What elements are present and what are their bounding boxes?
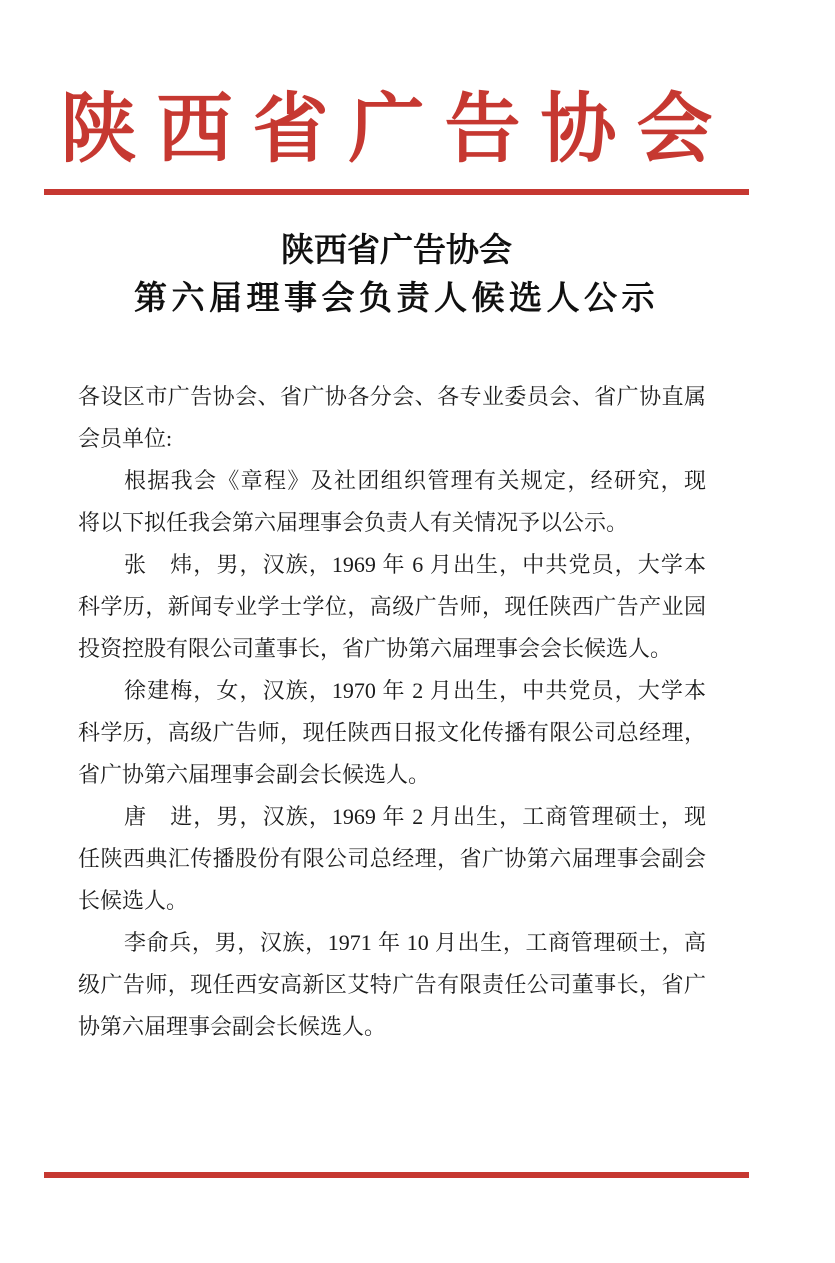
paragraph-candidate-xujianmei: 徐建梅，女，汉族，1970 年 2 月出生，中共党员，大学本 科学历，高级广告师… (78, 670, 706, 796)
paragraph-line: 徐建梅，女，汉族，1970 年 2 月出生，中共党员，大学本 (78, 670, 706, 712)
paragraph-line: 投资控股有限公司董事长，省广协第六届理事会会长候选人。 (78, 628, 706, 670)
document-title-line2: 第六届理事会负责人候选人公示 (44, 275, 749, 323)
letterhead-org-name: 陕西省广告协会 (44, 90, 749, 170)
paragraph-intro: 根据我会《章程》及社团组织管理有关规定，经研究，现 将以下拟任我会第六届理事会负… (78, 460, 706, 544)
letterhead-double-rule (44, 189, 749, 195)
paragraph-line: 任陕西典汇传播股份有限公司总经理，省广协第六届理事会副会 (78, 838, 706, 880)
paragraph-candidate-tangjin: 唐 进，男，汉族，1969 年 2 月出生，工商管理硕士，现 任陕西典汇传播股份… (78, 796, 706, 922)
paragraph-line: 科学历，新闻专业学士学位，高级广告师，现任陕西广告产业园 (78, 586, 706, 628)
paragraph-line: 级广告师，现任西安高新区艾特广告有限责任公司董事长，省广 (78, 964, 706, 1006)
paragraph-line: 根据我会《章程》及社团组织管理有关规定，经研究，现 (78, 460, 706, 502)
paragraph-line: 各设区市广告协会、省广协各分会、各专业委员会、省广协直属 (78, 376, 706, 418)
letterhead: 陕西省广告协会 (44, 0, 749, 195)
document-body: 各设区市广告协会、省广协各分会、各专业委员会、省广协直属 会员单位: 根据我会《… (78, 376, 706, 1048)
page-content: 陕西省广告协会 陕西省广告协会 第六届理事会负责人候选人公示 各设区市广告协会、… (44, 0, 749, 1048)
paragraph-line: 唐 进，男，汉族，1969 年 2 月出生，工商管理硕士，现 (78, 796, 706, 838)
paragraph-line: 李俞兵，男，汉族，1971 年 10 月出生，工商管理硕士，高 (78, 922, 706, 964)
paragraph-line: 长候选人。 (78, 880, 706, 922)
paragraph-line: 张 炜，男，汉族，1969 年 6 月出生，中共党员，大学本 (78, 544, 706, 586)
document-title-line1: 陕西省广告协会 (44, 227, 749, 275)
paragraph-line: 协第六届理事会副会长候选人。 (78, 1006, 706, 1048)
paragraph-candidate-zhangwei: 张 炜，男，汉族，1969 年 6 月出生，中共党员，大学本 科学历，新闻专业学… (78, 544, 706, 670)
paragraph-line: 将以下拟任我会第六届理事会负责人有关情况予以公示。 (78, 502, 706, 544)
document-title: 陕西省广告协会 第六届理事会负责人候选人公示 (44, 227, 749, 323)
paragraph-line: 科学历，高级广告师，现任陕西日报文化传播有限公司总经理， (78, 712, 706, 754)
paragraph-candidate-liyubing: 李俞兵，男，汉族，1971 年 10 月出生，工商管理硕士，高 级广告师，现任西… (78, 922, 706, 1048)
footer-double-rule (44, 1172, 749, 1178)
document-page: 陕西省广告协会 陕西省广告协会 第六届理事会负责人候选人公示 各设区市广告协会、… (0, 0, 835, 1263)
paragraph-salutation: 各设区市广告协会、省广协各分会、各专业委员会、省广协直属 会员单位: (78, 376, 706, 460)
paragraph-line: 会员单位: (78, 418, 706, 460)
paragraph-line: 省广协第六届理事会副会长候选人。 (78, 754, 706, 796)
